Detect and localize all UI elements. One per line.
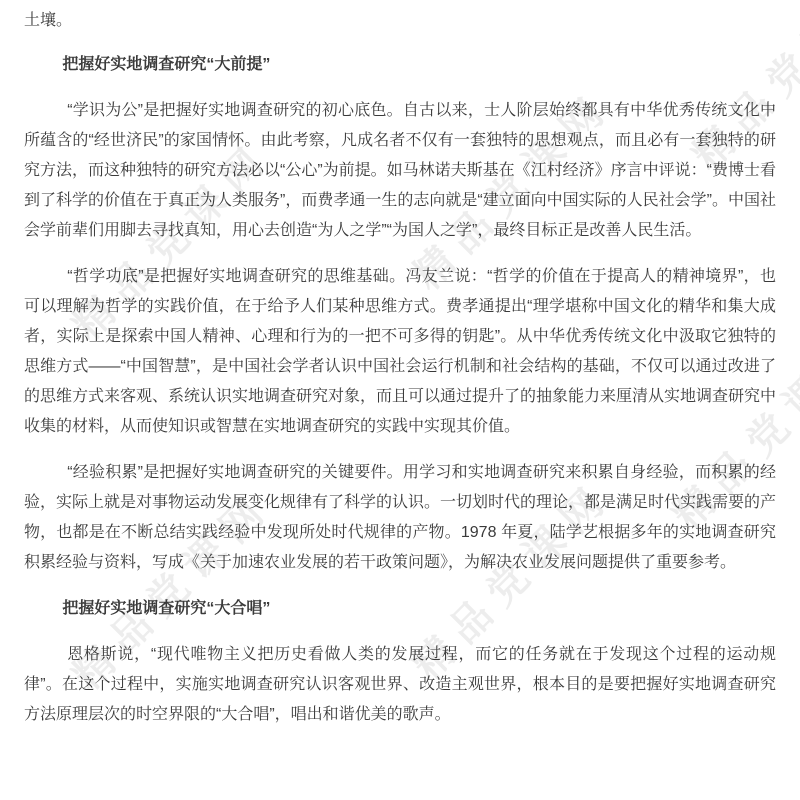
document-body: 土壤。 把握好实地调查研究“大前提” “学识为公”是把握好实地调查研究的初心底色… (0, 0, 800, 752)
paragraph: “学识为公”是把握好实地调查研究的初心底色。自古以来，士人阶层始终都具有中华优秀… (24, 96, 776, 246)
section-heading-da-qian-ti: 把握好实地调查研究“大前提” (24, 50, 776, 80)
paragraph: “哲学功底”是把握好实地调查研究的思维基础。冯友兰说：“哲学的价值在于提高人的精… (24, 262, 776, 442)
paragraph: 恩格斯说，“现代唯物主义把历史看做人类的发展过程，而它的任务就在于发现这个过程的… (24, 640, 776, 730)
paragraph-tail-fragment: 土壤。 (24, 6, 776, 36)
document-page: { "watermark": { "text": "精品党课网" }, "doc… (0, 0, 800, 800)
section-heading-da-he-chang: 把握好实地调查研究“大合唱” (24, 594, 776, 624)
paragraph: “经验积累”是把握好实地调查研究的关键要件。用学习和实地调查研究来积累自身经验，… (24, 458, 776, 578)
